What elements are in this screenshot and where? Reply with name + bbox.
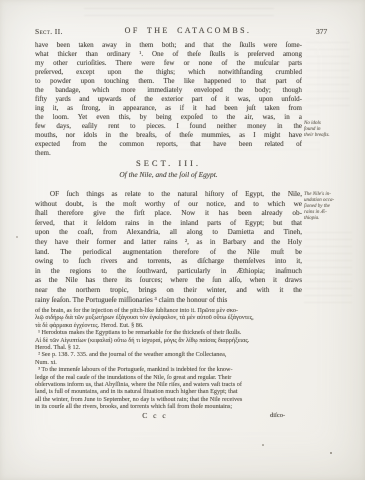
section-subtitle: Of the Nile, and the ſoil of Egypt. <box>35 170 302 179</box>
text-line: few days, eaſily rent to pieces. I found… <box>35 122 302 131</box>
text-line: as the Nile has there its ſources; where… <box>35 276 302 286</box>
text-line: ſerved, that it ſeldom rains in the inla… <box>35 219 302 229</box>
text-line: my other curioſities. There were few or … <box>35 59 302 68</box>
running-title: OF THE CATACOMBS. <box>93 26 283 35</box>
text-line: thiopia. <box>304 216 352 222</box>
text-line: ledge of the real cauſe of the inundatio… <box>35 374 323 381</box>
catchword: diſco- <box>270 412 285 419</box>
scanned-book-page: Sect. II. OF THE CATACOMBS. 377 have bee… <box>0 0 365 480</box>
text-line: fifty yards and upwards of the exterior … <box>35 95 302 104</box>
signature-mark: C c c <box>120 411 190 420</box>
text-line: OF ſuch things as relate to the natural … <box>35 190 302 200</box>
paragraph-nile-natural-history: OF ſuch things as relate to the natural … <box>35 190 302 305</box>
text-line: to powder upon touching them. The like h… <box>35 77 302 86</box>
text-line: λιῷ σιδήρῳ διὰ τῶν μυξωτήρων ἐξάγουσι τὸ… <box>35 314 323 321</box>
text-line: ing it, as ſtrong, in appearance, as if … <box>35 104 302 113</box>
text-line: preſerved, except upon the thighs; which… <box>35 68 302 77</box>
text-line: in the regions to the ſouthward, particu… <box>35 267 302 277</box>
text-line: ſhall therefore give the firſt place. No… <box>35 209 302 219</box>
ink-speck <box>16 236 18 238</box>
text-line: ² See p. 138. 7. 335. and the journal of… <box>35 351 323 358</box>
text-line: what thicker than ordinary ¹. One of the… <box>35 50 302 59</box>
bleed-through-texture <box>84 8 274 21</box>
text-line: expected from the common reports, that h… <box>35 140 302 149</box>
ink-speck <box>330 452 332 454</box>
margin-note-no-idols: No idolsfound intheir breaſts. <box>304 121 352 139</box>
bleed-through-texture <box>306 42 350 108</box>
paragraph-catacombs-conclusion: have been taken away in them both; and t… <box>35 41 302 158</box>
text-line: land, is full of mountains, and in its n… <box>35 388 323 395</box>
text-line: without doubt, is the moſt worthy of our… <box>35 200 302 210</box>
text-line: ³ To the immenſe labours of the Portugue… <box>35 366 323 373</box>
section-heading: SECT. III. <box>35 158 302 168</box>
text-line: the bandage, which more immediately enve… <box>35 86 302 95</box>
text-line: they have their former and latter rains … <box>35 238 302 248</box>
footnotes-block: of the brain, as for the injection of th… <box>35 307 323 411</box>
text-line: upon the coaſt, from Alexandria, all alo… <box>35 228 302 238</box>
ink-speck <box>262 444 264 446</box>
running-section-label: Sect. II. <box>35 27 63 36</box>
page-number: 377 <box>316 27 327 36</box>
text-line: mouths, nor idols in the breaſts, of the… <box>35 131 302 140</box>
text-line: ¹ Herodotus makes the Egyptians to be re… <box>35 329 323 336</box>
text-line: Αἱ δὲ τῶν Αἰγυπτίων (κεφαλαὶ) οὕτω δή τι… <box>35 337 323 344</box>
text-line: owing to ſuch rivers and torrents, as di… <box>35 257 302 267</box>
text-line: land. The periodical augmentation theref… <box>35 248 302 258</box>
text-line: them. <box>35 149 302 158</box>
margin-note-nile-inundation: The Nile's in-undation occa-ſioned by th… <box>304 192 352 222</box>
text-line: in its courſe all the rivers, brooks, an… <box>35 403 323 410</box>
text-line: their breaſts. <box>304 133 352 139</box>
bleed-through-texture <box>304 232 352 304</box>
text-line: near the northern tropic, brings on thei… <box>35 286 302 296</box>
text-line: rainy ſeaſon. The Portugueſe miſſionarie… <box>35 296 302 306</box>
page-header: Sect. II. OF THE CATACOMBS. 377 <box>35 27 330 38</box>
text-line: the loom. Yet even this, by being expoſe… <box>35 113 302 122</box>
text-line: have been taken away in them both; and t… <box>35 41 302 50</box>
